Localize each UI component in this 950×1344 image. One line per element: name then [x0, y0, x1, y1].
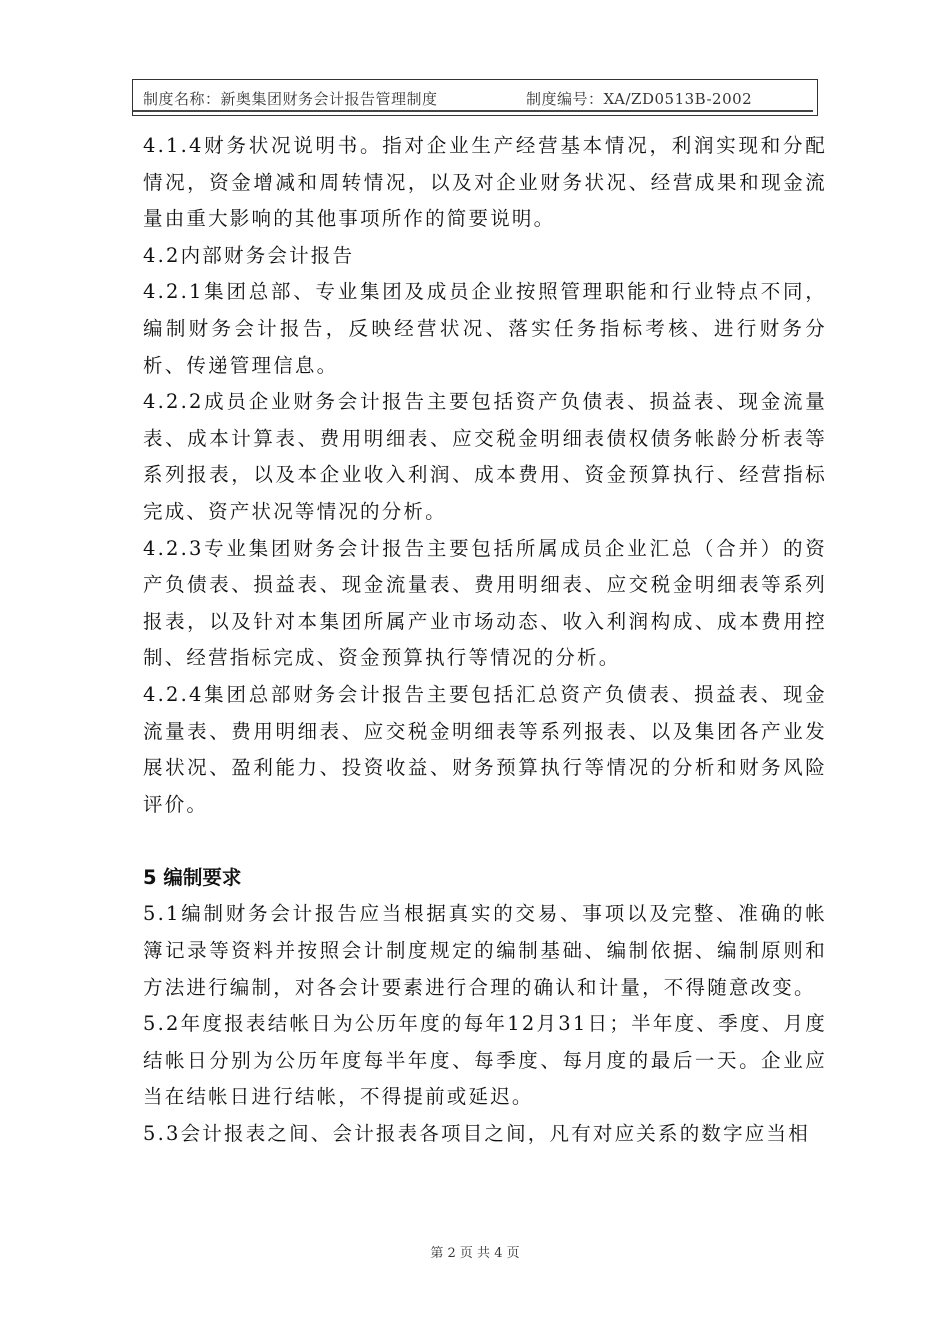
- document-header: 制度名称：新奥集团财务会计报告管理制度 制度编号：XA/ZD0513B-2002: [132, 79, 818, 116]
- paragraph-4-2-2: 4.2.2成员企业财务会计报告主要包括资产负债表、损益表、现金流量表、成本计算表…: [143, 384, 827, 530]
- page-number: 第 2 页 共 4 页: [0, 1242, 950, 1261]
- header-rule: [133, 110, 813, 112]
- paragraph-4-2-3: 4.2.3专业集团财务会计报告主要包括所属成员企业汇总（合并）的资产负债表、损益…: [143, 531, 827, 677]
- paragraph-5-2: 5.2年度报表结帐日为公历年度的每年12月31日；半年度、季度、月度结帐日分别为…: [143, 1006, 827, 1116]
- blank-line: [143, 823, 827, 860]
- section-5-title: 5 编制要求: [143, 860, 827, 897]
- paragraph-4-2-1: 4.2.1集团总部、专业集团及成员企业按照管理职能和行业特点不同，编制财务会计报…: [143, 274, 827, 384]
- heading-4-2: 4.2内部财务会计报告: [143, 238, 827, 275]
- paragraph-4-2-4: 4.2.4集团总部财务会计报告主要包括汇总资产负债表、损益表、现金流量表、费用明…: [143, 677, 827, 823]
- regulation-name: 制度名称：新奥集团财务会计报告管理制度: [143, 88, 438, 109]
- paragraph-5-3: 5.3会计报表之间、会计报表各项目之间，凡有对应关系的数字应当相: [143, 1116, 827, 1153]
- document-body: 4.1.4财务状况说明书。指对企业生产经营基本情况，利润实现和分配情况，资金增减…: [143, 128, 827, 1153]
- paragraph-4-1-4: 4.1.4财务状况说明书。指对企业生产经营基本情况，利润实现和分配情况，资金增减…: [143, 128, 827, 238]
- regulation-code: 制度编号：XA/ZD0513B-2002: [526, 88, 752, 109]
- paragraph-5-1: 5.1编制财务会计报告应当根据真实的交易、事项以及完整、准确的帐簿记录等资料并按…: [143, 896, 827, 1006]
